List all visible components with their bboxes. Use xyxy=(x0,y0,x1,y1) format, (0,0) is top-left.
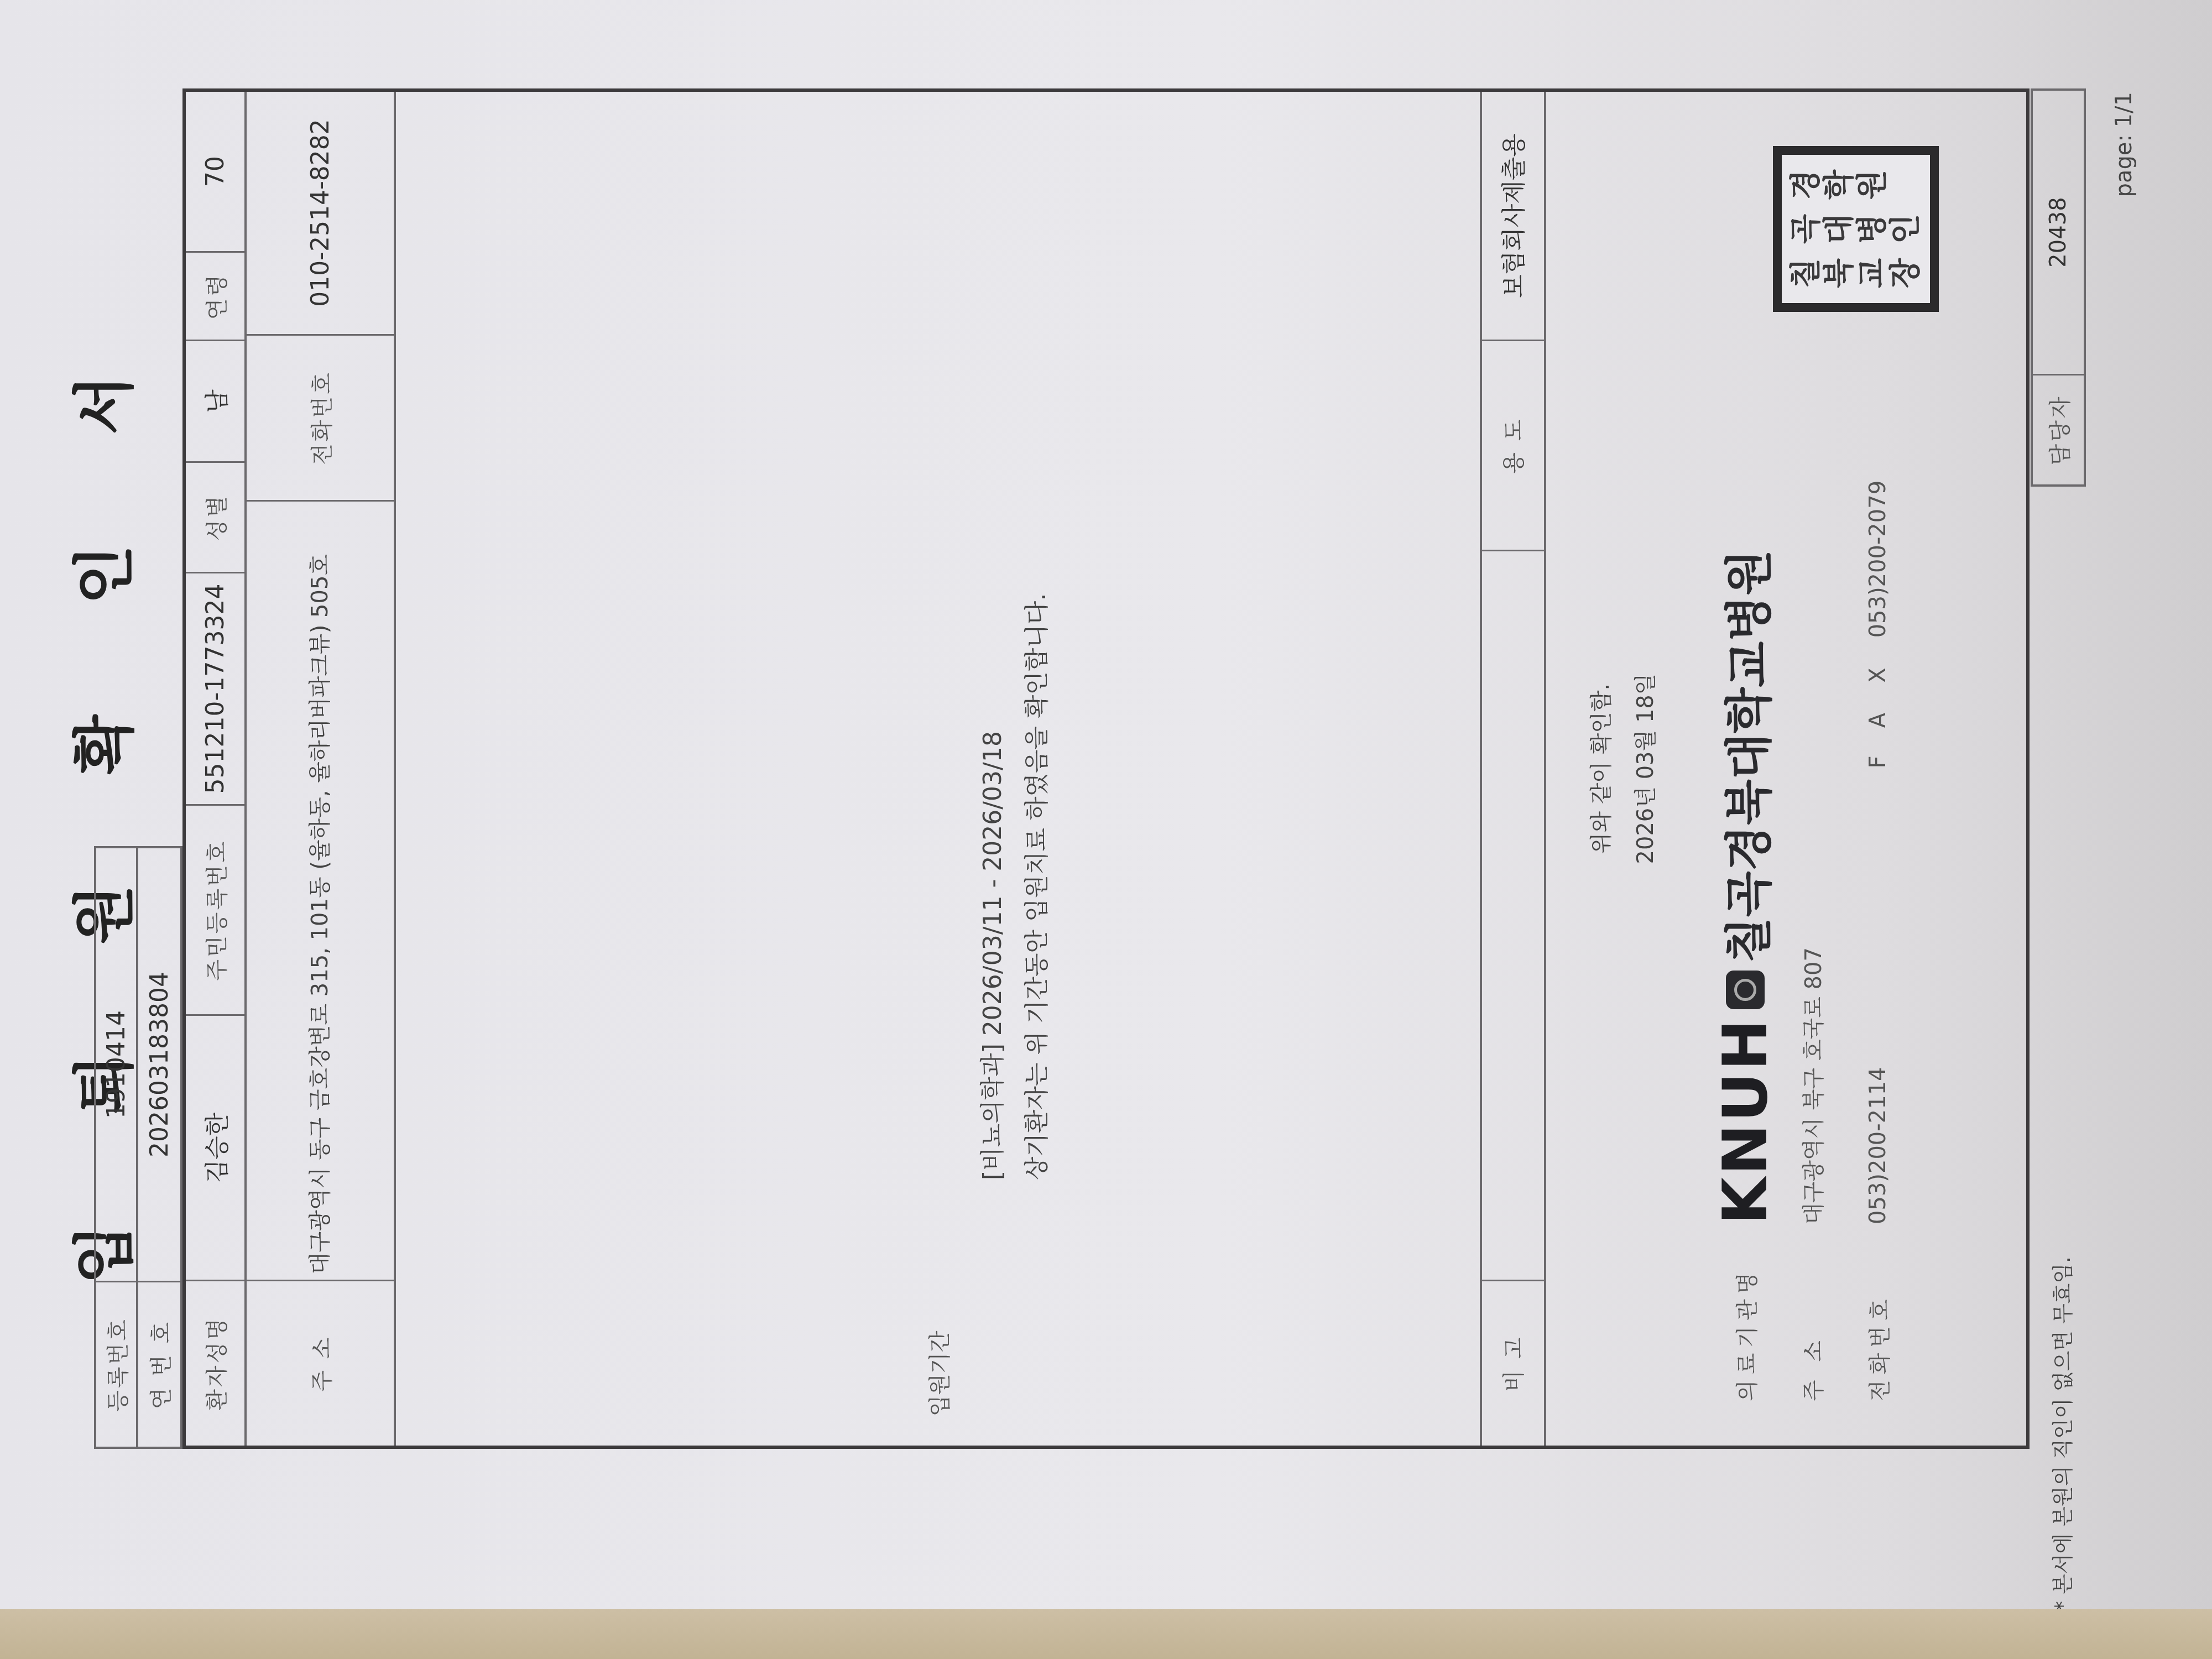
fax-label: FAX xyxy=(1865,638,1891,768)
remarks-row: 비 고 용 도 보험회사제출용 xyxy=(1480,92,1546,1446)
seal-char: 장 xyxy=(1890,252,1921,294)
hospital-emblem-icon xyxy=(1726,971,1765,1009)
confirmation-date: 2026년 03월 18일 xyxy=(1624,92,1668,1446)
patient-row: 환자성명 김승한 주민등록번호 551210-1773324 성별 남 연령 7… xyxy=(186,92,247,1446)
address-value: 대구광역시 동구 금호강변로 315, 101동 (율하동, 율하리버파크뷰) … xyxy=(247,500,394,1280)
purpose-label: 용 도 xyxy=(1480,340,1544,550)
phone-value: 010-2514-8282 xyxy=(247,92,394,334)
purpose-value: 보험회사제출용 xyxy=(1480,92,1544,340)
hospital-info: 의료기관명 KNUH 칠곡경북대학교병원 주 소 대구광역시 북구 호국로 80… xyxy=(1712,481,1911,1401)
table-surface xyxy=(0,1609,2212,1659)
staff-id: 20438 xyxy=(2033,91,2084,374)
address-row: 주 소 대구광역시 동구 금호강변로 315, 101동 (율하동, 율하리버파… xyxy=(247,92,396,1446)
knuh-logo-text: KNUH xyxy=(1710,1017,1781,1224)
serial-label: 연 번 호 xyxy=(138,1281,180,1447)
registration-value: 1910414 xyxy=(96,848,136,1281)
confirmation-block: 위와 같이 확인함. 2026년 03월 18일 xyxy=(1579,92,1668,1446)
seal-char: 학 xyxy=(1824,164,1855,206)
age-label: 연령 xyxy=(186,251,244,340)
seal-char: 병 xyxy=(1857,208,1888,250)
remarks-value xyxy=(1480,550,1544,1280)
serial-row: 연 번 호 202603183804 xyxy=(138,846,182,1449)
hospital-phone-label: 전화번호 xyxy=(1863,1224,1894,1401)
hospital-name: 칠곡경북대학교병원 xyxy=(1711,550,1780,963)
hospital-name-label: 의료기관명 xyxy=(1730,1224,1761,1401)
patient-name-label: 환자성명 xyxy=(186,1280,244,1446)
official-seal-stamp: 칠 곡 경 북 대 학 교 병 원 장 인 xyxy=(1773,146,1939,312)
address-label: 주 소 xyxy=(247,1280,394,1446)
validity-note: * 본서에 본원의 직인이 없으면 무효임. xyxy=(2046,1256,2076,1611)
hospital-fax: 053)200-2079 xyxy=(1865,481,1891,638)
hospital-address-line: 주 소 대구광역시 북구 호국로 807 xyxy=(1778,481,1845,1401)
admission-period-content: [비뇨의학과] 2026/03/11 - 2026/03/18 상기환자는 위 … xyxy=(971,593,1060,1180)
registration-table: 등록번호 1910414 연 번 호 202603183804 xyxy=(94,846,182,1449)
seal-char: 대 xyxy=(1824,208,1855,250)
phone-label: 전화번호 xyxy=(247,334,394,500)
admission-discharge-certificate: 입 퇴 원 확 인 서 등록번호 1910414 연 번 호 202603183… xyxy=(0,0,2212,1615)
seal-char: 원 xyxy=(1857,164,1888,206)
patient-name: 김승한 xyxy=(186,1014,244,1280)
seal-char: 칠 xyxy=(1791,252,1822,294)
rrn-label: 주민등록번호 xyxy=(186,804,244,1014)
seal-char: 교 xyxy=(1857,252,1888,294)
confirmation-text: 위와 같이 확인함. xyxy=(1579,92,1624,1446)
admission-statement: 상기환자는 위 기간동안 입원치료 하였음을 확인합니다. xyxy=(1015,593,1060,1180)
registration-label: 등록번호 xyxy=(96,1281,136,1447)
seal-char xyxy=(1890,164,1921,206)
staff-box: 담당자 20438 xyxy=(2031,88,2086,487)
seal-char: 경 xyxy=(1791,164,1822,206)
admission-dates: 2026/03/11 - 2026/03/18 xyxy=(979,731,1007,1036)
page-indicator: page: 1/1 xyxy=(2111,92,2137,197)
hospital-phone: 053)200-2114 xyxy=(1865,1067,1891,1224)
admission-period-section: 입원기간 [비뇨의학과] 2026/03/11 - 2026/03/18 상기환… xyxy=(396,92,1482,1446)
registration-row: 등록번호 1910414 xyxy=(94,846,138,1449)
remarks-label: 비 고 xyxy=(1480,1280,1544,1446)
age-value: 70 xyxy=(186,92,244,251)
admission-period-label: 입원기간 xyxy=(396,1302,1480,1446)
sex-value: 남 xyxy=(186,340,244,461)
sex-label: 성별 xyxy=(186,461,244,572)
hospital-logo: KNUH 칠곡경북대학교병원 xyxy=(1710,550,1781,1224)
certificate-frame: 등록번호 1910414 연 번 호 202603183804 환자성명 김승한… xyxy=(182,88,2030,1449)
seal-char: 인 xyxy=(1890,208,1921,250)
hospital-name-line: 의료기관명 KNUH 칠곡경북대학교병원 xyxy=(1712,481,1778,1401)
paper-sheet: 입 퇴 원 확 인 서 등록번호 1910414 연 번 호 202603183… xyxy=(0,0,2212,1615)
seal-char: 북 xyxy=(1824,252,1855,294)
rrn-value: 551210-1773324 xyxy=(186,572,244,804)
admission-period-line: [비뇨의학과] 2026/03/11 - 2026/03/18 xyxy=(971,593,1015,1180)
hospital-address: 대구광역시 북구 호국로 807 xyxy=(1796,947,1828,1224)
hospital-address-label: 주 소 xyxy=(1796,1224,1828,1401)
seal-char: 곡 xyxy=(1791,208,1822,250)
department: [비뇨의학과] xyxy=(979,1044,1007,1180)
hospital-phone-line: 전화번호 053)200-2114 FAX 053)200-2079 xyxy=(1845,481,1911,1401)
serial-value: 202603183804 xyxy=(138,848,180,1281)
staff-label: 담당자 xyxy=(2033,374,2084,484)
